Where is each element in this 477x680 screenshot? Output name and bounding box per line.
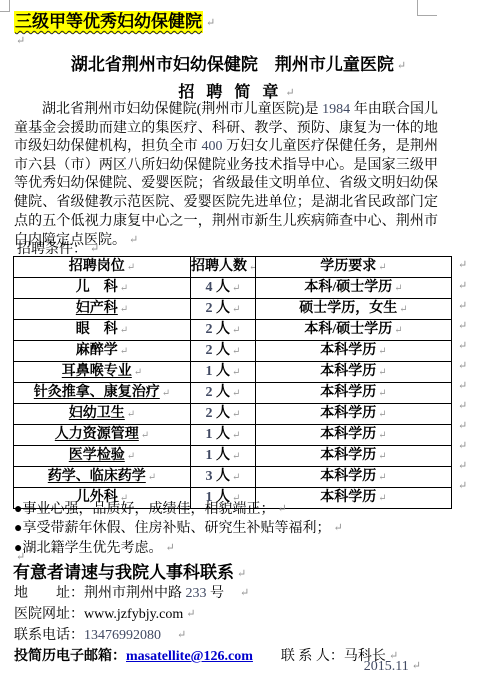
cell-mark-icon: ↵: [378, 451, 386, 462]
text-boundary-corner-icon: [0, 0, 10, 12]
cell-mark-icon: ↵: [127, 451, 135, 462]
introduction-paragraph: 湖北省荆州市妇幼保健院(荆州市儿童医院)是 1984 年由联合国儿童基金会援助而…: [14, 101, 438, 251]
paragraph-mark-icon: ↵: [458, 319, 467, 332]
cell-mark-icon: ↵: [232, 304, 240, 315]
table-row: 医学检验↵1 人↵本科学历↵: [14, 446, 452, 467]
phone-line: 联系电话：13476992080↵: [14, 625, 398, 646]
row-end-marks: ↵↵↵↵↵↵↵↵↵↵↵↵: [455, 257, 471, 501]
paragraph-mark-icon: ↵: [165, 542, 174, 554]
paragraph-mark-icon: ↵: [458, 339, 467, 352]
paragraph-mark-icon: ↵: [458, 459, 467, 472]
cell-mark-icon: ↵: [127, 262, 135, 273]
cell-mark-icon: ↵: [134, 367, 142, 378]
table-row: 眼 科↵2 人↵本科/硕士学历↵: [14, 320, 452, 341]
subtitle-text: 招 聘 简 章: [178, 84, 282, 101]
paragraph-mark-icon: ↵: [458, 479, 467, 492]
cell-mark-icon: ↵: [378, 367, 386, 378]
cell-mark-icon: ↵: [249, 262, 256, 273]
highlighted-text: 三级甲等优秀妇幼保健院: [14, 11, 203, 33]
paragraph-mark-icon: ↵: [458, 399, 467, 412]
recruitment-table-body: 儿 科↵4 人↵本科/硕士学历↵妇产科↵2 人↵硕士学历，女生↵眼 科↵2 人↵…: [14, 278, 452, 509]
paragraph-mark-icon: ↵: [458, 379, 467, 392]
paragraph-mark-icon: ↵: [16, 35, 25, 47]
cell-mark-icon: ↵: [127, 409, 135, 420]
cell-mark-icon: ↵: [120, 304, 128, 315]
column-header-position: 招聘岗位↵: [14, 257, 191, 278]
table-header-row: 招聘岗位↵ 招聘人数↵ 学历要求↵: [14, 257, 452, 278]
paragraph-mark-icon: ↵: [240, 587, 249, 599]
hospital-names: 湖北省荆州市妇幼保健院 荆州市儿童医院: [71, 55, 394, 74]
address-line: 地 址：荆州市荆州中路 233 号↵: [14, 583, 398, 604]
table-row: 耳鼻喉专业↵1 人↵本科学历↵: [14, 362, 452, 383]
paragraph-mark-icon: ↵: [458, 419, 467, 432]
cell-mark-icon: ↵: [232, 388, 240, 399]
table-row: 妇幼卫生↵2 人↵本科学历↵: [14, 404, 452, 425]
cell-mark-icon: ↵: [378, 430, 386, 441]
note-item: ●事业心强，品质好，成绩佳，相貌端正；↵: [14, 500, 343, 519]
cell-mark-icon: ↵: [232, 346, 240, 357]
accreditation-banner: 三级甲等优秀妇幼保健院↵: [14, 7, 215, 32]
cell-mark-icon: ↵: [378, 346, 386, 357]
email-line: 投简历电子邮箱：masatellite@126.com 联 系 人：马科长↵: [14, 646, 398, 667]
paragraph-mark-icon: ↵: [177, 629, 186, 641]
text-boundary-corner-icon: [417, 0, 437, 16]
note-item: ●享受带薪年休假、住房补贴、研究生补贴等福利；↵: [14, 519, 343, 538]
cell-mark-icon: ↵: [378, 388, 386, 399]
contact-heading: 有意者请速与我院人事科联系↵: [13, 558, 246, 583]
table-row: 针灸推拿、康复治疗↵2 人↵本科学历↵: [14, 383, 452, 404]
paragraph-mark-icon: ↵: [458, 299, 467, 312]
paragraph-mark-icon: ↵: [333, 522, 342, 534]
cell-mark-icon: ↵: [141, 430, 149, 441]
cell-mark-icon: ↵: [394, 283, 402, 294]
empty-paragraph: ↵: [13, 32, 25, 50]
paragraph-mark-icon: ↵: [397, 60, 406, 72]
cell-mark-icon: ↵: [162, 388, 170, 399]
cell-mark-icon: ↵: [378, 409, 386, 420]
cell-mark-icon: ↵: [399, 304, 407, 315]
date-text: 2015.11↵: [364, 659, 421, 675]
notes-list: ●事业心强，品质好，成绩佳，相貌端正；↵ ●享受带薪年休假、住房补贴、研究生补贴…: [14, 500, 343, 558]
paragraph-mark-icon: ↵: [458, 258, 467, 271]
cell-mark-icon: ↵: [232, 451, 240, 462]
paragraph-mark-icon: ↵: [458, 359, 467, 372]
table-row: 药学、临床药学↵3 人↵本科学历↵: [14, 467, 452, 488]
paragraph-mark-icon: ↵: [186, 608, 195, 620]
cell-mark-icon: ↵: [232, 472, 240, 483]
paragraph-mark-icon: ↵: [285, 87, 298, 99]
column-header-requirement: 学历要求↵: [256, 257, 452, 278]
contact-info: 地 址：荆州市荆州中路 233 号↵ 医院网址：www.jzfybjy.com↵…: [14, 583, 398, 667]
cell-mark-icon: ↵: [232, 283, 240, 294]
recruitment-table: 招聘岗位↵ 招聘人数↵ 学历要求↵ 儿 科↵4 人↵本科/硕士学历↵妇产科↵2 …: [13, 256, 452, 509]
table-row: 儿 科↵4 人↵本科/硕士学历↵: [14, 278, 452, 299]
paragraph-mark-icon: ↵: [458, 439, 467, 452]
paragraph-mark-icon: ↵: [206, 17, 215, 29]
cell-mark-icon: ↵: [378, 472, 386, 483]
paragraph-mark-icon: ↵: [412, 660, 421, 672]
table-row: 妇产科↵2 人↵硕士学历，女生↵: [14, 299, 452, 320]
paragraph-mark-icon: ↵: [277, 503, 286, 515]
cell-mark-icon: ↵: [394, 325, 402, 336]
cell-mark-icon: ↵: [120, 283, 128, 294]
cell-mark-icon: ↵: [232, 409, 240, 420]
cell-mark-icon: ↵: [232, 367, 240, 378]
paragraph-mark-icon: ↵: [458, 279, 467, 292]
paragraph-mark-icon: ↵: [237, 568, 246, 580]
cell-mark-icon: ↵: [148, 472, 156, 483]
document-subtitle: 招 聘 简 章↵: [0, 79, 477, 102]
table-row: 人力资源管理↵1 人↵本科学历↵: [14, 425, 452, 446]
paragraph-mark-icon: ↵: [90, 243, 99, 255]
note-item: ●湖北籍学生优先考虑。↵: [14, 539, 343, 558]
column-header-count: 招聘人数↵: [191, 257, 256, 278]
table-row: 麻醉学↵2 人↵本科学历↵: [14, 341, 452, 362]
paragraph-mark-icon: ↵: [129, 234, 138, 246]
cell-mark-icon: ↵: [378, 493, 386, 504]
document-title: 湖北省荆州市妇幼保健院 荆州市儿童医院↵: [0, 50, 477, 75]
cell-mark-icon: ↵: [378, 262, 386, 273]
intro-text: 湖北省荆州市妇幼保健院(荆州市儿童医院)是 1984 年由联合国儿童基金会援助而…: [14, 102, 438, 248]
cell-mark-icon: ↵: [232, 325, 240, 336]
website-line: 医院网址：www.jzfybjy.com↵: [14, 604, 398, 625]
document-page: 三级甲等优秀妇幼保健院↵ ↵ 湖北省荆州市妇幼保健院 荆州市儿童医院↵ 招 聘 …: [0, 0, 477, 680]
cell-mark-icon: ↵: [120, 346, 128, 357]
cell-mark-icon: ↵: [120, 325, 128, 336]
cell-mark-icon: ↵: [232, 430, 240, 441]
conditions-label: 招聘条件：↵: [17, 238, 99, 258]
